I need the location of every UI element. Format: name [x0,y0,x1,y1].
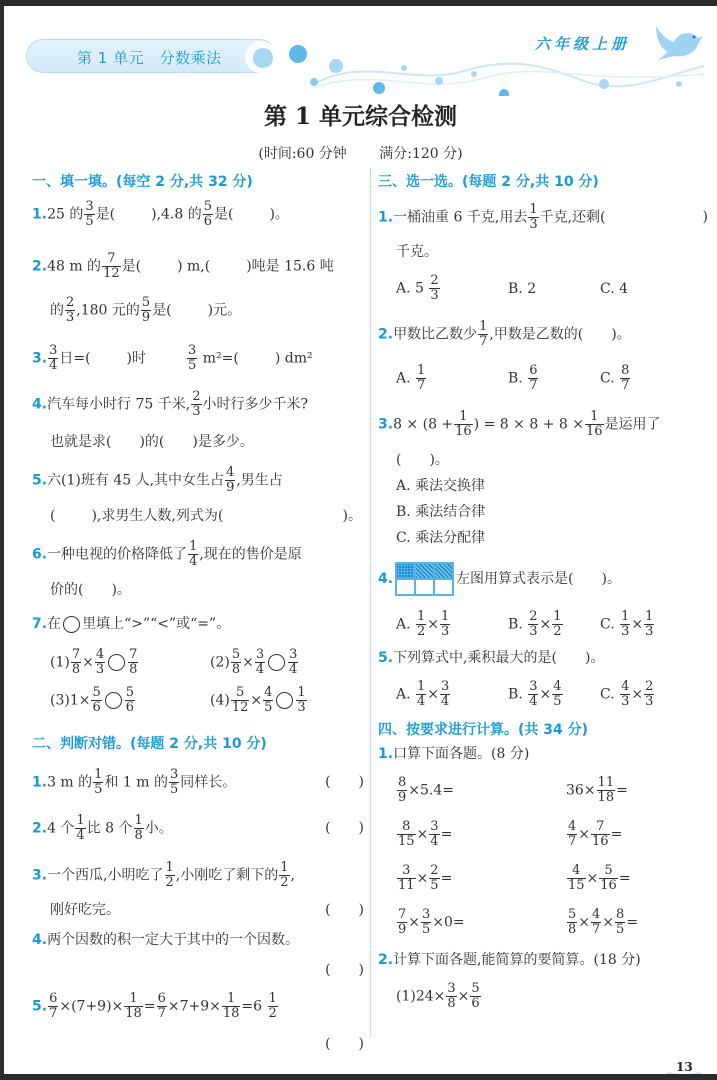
option-b[interactable]: B. 乘法结合律 [396,498,485,526]
option-b[interactable]: B. 34×45 [508,680,600,709]
option-a[interactable]: A. 乘法交换律 [396,472,485,500]
compare-circle-input[interactable] [105,692,122,709]
mc-question-1: 1.一桶油重 6 千克,用去13千克,还剩() [378,203,708,232]
tf-answer-box[interactable]: ( ) [325,768,364,796]
mc-question-1-line2: 千克。 [396,238,438,266]
oral-calc-item: 311×25= [396,864,452,893]
tf-answer-box[interactable]: ( ) [325,1030,364,1058]
column-divider [370,168,371,1036]
tf-question-1: 1.3 m 的15和 1 m 的35同样长。 ( ) [32,768,364,797]
option-b[interactable]: B. 23×12 [508,610,600,639]
question-1-3: 3.34日=()时35 m²=() dm² [32,344,313,373]
bird-icon [652,22,704,62]
question-1-6-line2: 价的( )。 [50,576,131,604]
fraction-grid-figure [395,562,454,596]
option-a[interactable]: A. 12×13 [396,610,508,639]
option-b[interactable]: B. 67 [508,364,600,393]
mc-question-4-options: A. 12×13B. 23×12C. 13×13 [396,610,655,639]
oral-calc-item: 79×35×0= [396,908,465,937]
banner-bubble-icon [253,48,273,68]
section-heading-calculation: 四、按要求进行计算。(共 34 分) [378,719,588,739]
tf-answer-box[interactable]: ( ) [325,956,364,984]
question-1-5: 5.六(1)班有 45 人,其中女生占49,男生占 [32,466,283,495]
oral-calc-item: 415×516= [566,864,631,893]
option-a[interactable]: A. 17 [396,364,508,393]
fraction: 35 [84,200,94,229]
question-1-5-line2: (),求男生人数,列式为()。 [50,502,362,530]
oral-calc-item: 58×47×85= [566,908,638,937]
question-1-4-line2: 也就是求( )的( )是多少。 [50,428,254,456]
compare-item-2: (2)58×3434 [210,648,299,677]
tf-question-5: 5.67×(7+9)×118=67×7+9×118=6 12 [32,992,279,1021]
option-b[interactable]: B. 2 [508,275,600,303]
unit-label: 第 1 单元 分数乘法 [77,47,222,68]
tf-question-4: 4.两个因数的积一定大于其中的一个因数。 [32,926,299,954]
full-score: 满分:120 分) [379,146,462,162]
mc-question-4: 4.左图用算式表示是( )。 [378,562,621,596]
mc-question-2: 2.甲数比乙数少17,甲数是乙数的( )。 [378,320,631,349]
oral-calc-item: 47×716= [566,820,622,849]
calc-item-1: (1)24×38×56 [396,982,482,1011]
mc-question-3-line2: ( )。 [396,446,449,474]
option-c[interactable]: C. 87 [600,364,631,393]
compare-circle-input[interactable] [268,654,285,671]
option-c[interactable]: C. 13×13 [600,610,655,639]
grade-label: 六年级上册 [535,33,630,54]
oral-calc-item: 89×5.4= [396,776,454,805]
tf-answer-box[interactable]: ( ) [325,896,364,924]
option-c[interactable]: C. 4 [600,275,628,303]
question-1-7: 7.在里填上“>”“<”或“=”。 [32,610,230,638]
question-1-4: 4.汽车每小时行 75 千米,23小时行多少千米? [32,390,308,419]
option-a[interactable]: A. 5 23 [396,274,508,303]
tf-question-3-line2: 刚好吃完。 ( ) [50,896,364,924]
oral-calc-item: 36×1118= [566,776,628,805]
bubble-vine-decoration-icon [284,26,714,96]
compare-item-1: (1)78×4378 [50,648,139,677]
worksheet-page: 第 1 单元 分数乘法 六年级上册 第 1 单元综合检测 (时间:60 分钟 满… [4,6,717,1074]
question-1-2: 2.48 m 的712是() m,()吨是 15.6 吨 [32,252,334,281]
option-c[interactable]: C. 43×23 [600,680,655,709]
page-number: 13 [676,1060,693,1074]
time-limit: (时间:60 分钟 [258,146,346,162]
mc-question-5: 5.下列算式中,乘积最大的是( )。 [378,644,604,672]
section-heading-multiple-choice: 三、选一选。(每题 2 分,共 10 分) [378,171,599,191]
tf-answer-box[interactable]: ( ) [325,814,364,842]
option-c[interactable]: C. 乘法分配律 [396,524,485,552]
question-1-1: 1.25 的35是(),4.8 的56是()。 [32,200,289,229]
compare-item-4: (4)512×4513 [210,686,308,715]
calc-question-1: 1.口算下面各题。(8 分) [378,740,529,768]
mc-question-5-options: A. 14×34B. 34×45C. 43×23 [396,680,655,709]
compare-circle-input[interactable] [108,654,125,671]
page-title: 第 1 单元综合检测 [4,98,717,131]
tf-question-3: 3.一个西瓜,小明吃了12,小刚吃了剩下的12, [32,861,295,890]
circle-icon [63,616,80,633]
tf-question-2: 2.4 个14比 8 个18小。 ( ) [32,814,364,843]
oral-calc-item: 815×34= [396,820,452,849]
question-1-6: 6.一种电视的价格降低了14,现在的售价是原 [32,540,302,569]
compare-circle-input[interactable] [276,692,293,709]
exam-info: (时间:60 分钟 满分:120 分) [4,143,717,163]
unit-banner: 第 1 单元 分数乘法 [26,39,276,73]
section-heading-true-false: 二、判断对错。(每题 2 分,共 10 分) [32,733,267,753]
mc-question-3: 3.8 × (8 +116) = 8 × 8 + 8 ×116是运用了 [378,410,661,439]
section-heading-fill-in: 一、填一填。(每空 2 分,共 32 分) [32,171,253,191]
mc-question-1-options: A. 5 23B. 2C. 4 [396,274,628,303]
question-1-2-line2: 的23,180 元的59是()元。 [50,296,241,325]
compare-item-3: (3)1×5656 [50,686,136,715]
calc-question-2: 2.计算下面各题,能简算的要简算。(18 分) [378,946,641,974]
mc-question-2-options: A. 17B. 67C. 87 [396,364,631,393]
option-a[interactable]: A. 14×34 [396,680,508,709]
